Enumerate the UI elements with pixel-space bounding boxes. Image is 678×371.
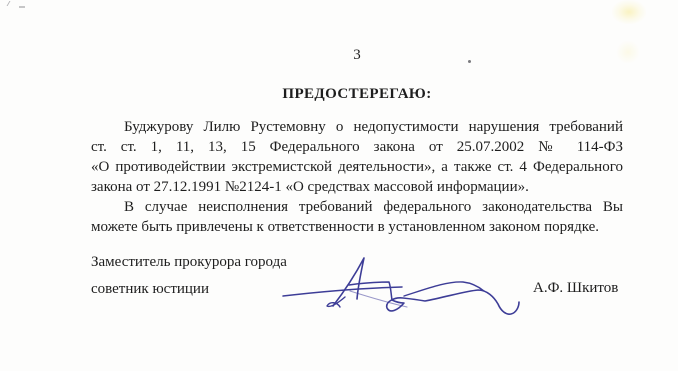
document-page: 3 ПРЕДОСТЕРЕГАЮ: Буджурову Лилю Рустемов… xyxy=(0,0,678,371)
signature-stroke xyxy=(283,287,402,296)
signature-stroke xyxy=(387,290,519,314)
handwritten-signature xyxy=(0,0,678,371)
signature-stroke xyxy=(333,258,364,306)
signatory-name: А.Ф. Шкитов xyxy=(533,279,618,297)
signature-stroke xyxy=(404,282,484,296)
signature-stroke xyxy=(350,291,407,307)
